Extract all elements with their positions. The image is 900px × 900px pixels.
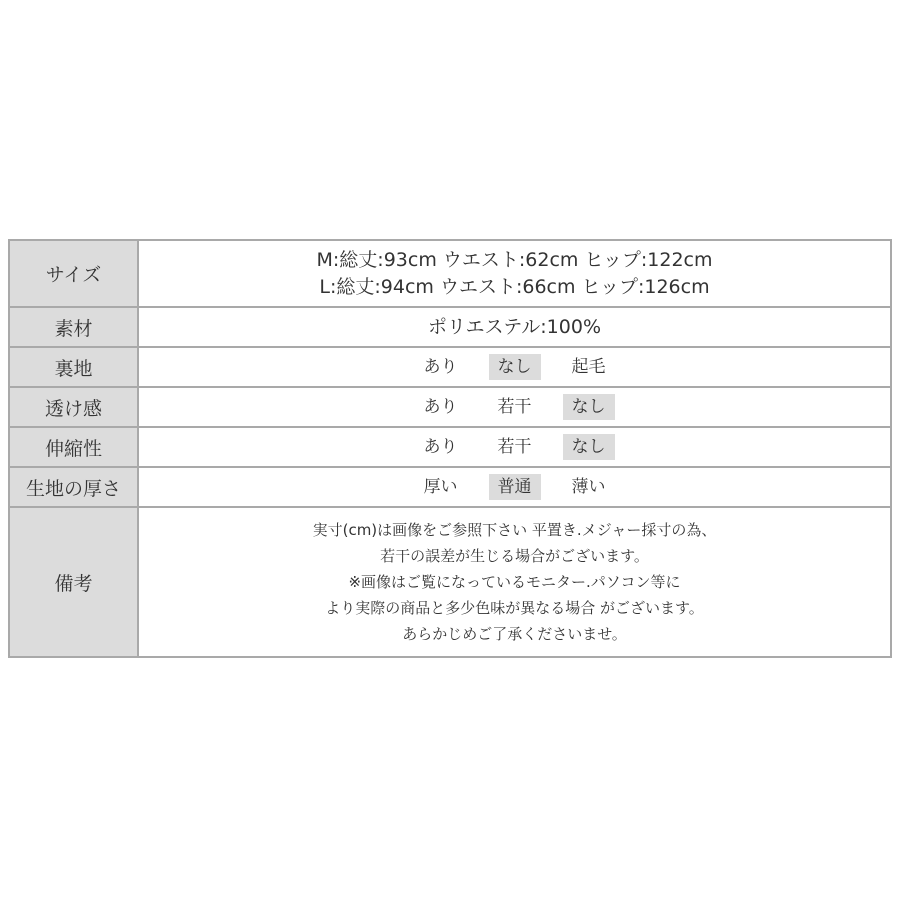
row-material: 素材 ポリエステル:100% [9, 307, 891, 347]
thickness-option-2: 普通 [489, 474, 541, 500]
note-line-3: ※画像はご覧になっているモニター.パソコン等に [139, 569, 890, 595]
lining-option-3: 起毛 [563, 354, 615, 380]
row-lining: 裏地 ありなし起毛 [9, 347, 891, 387]
stretch-option-2: 若干 [489, 434, 541, 460]
row-sheerness-label: 透け感 [9, 387, 138, 427]
thickness-option-3: 薄い [563, 474, 615, 500]
row-sheerness-value: あり若干なし [138, 387, 891, 427]
row-thickness: 生地の厚さ 厚い普通薄い [9, 467, 891, 507]
page-canvas: サイズ M:総丈:93cm ウエスト:62cm ヒップ:122cm L:総丈:9… [0, 0, 900, 900]
row-material-label: 素材 [9, 307, 138, 347]
note-line-1: 実寸(cm)は画像をご参照下さい 平置き.メジャー採寸の為、 [139, 517, 890, 543]
row-thickness-value: 厚い普通薄い [138, 467, 891, 507]
note-line-4: より実際の商品と多少色味が異なる場合 がございます。 [139, 595, 890, 621]
row-stretch: 伸縮性 あり若干なし [9, 427, 891, 467]
size-line-m: M:総丈:93cm ウエスト:62cm ヒップ:122cm [139, 247, 890, 274]
row-notes-label: 備考 [9, 507, 138, 657]
row-thickness-label: 生地の厚さ [9, 467, 138, 507]
lining-option-2: なし [489, 354, 541, 380]
row-stretch-label: 伸縮性 [9, 427, 138, 467]
lining-option-1: あり [415, 354, 467, 380]
sheerness-option-2: 若干 [489, 394, 541, 420]
row-size-label: サイズ [9, 240, 138, 307]
row-material-value: ポリエステル:100% [138, 307, 891, 347]
row-stretch-value: あり若干なし [138, 427, 891, 467]
note-line-2: 若干の誤差が生じる場合がございます。 [139, 543, 890, 569]
thickness-option-1: 厚い [415, 474, 467, 500]
row-lining-label: 裏地 [9, 347, 138, 387]
material-line: ポリエステル:100% [139, 314, 890, 341]
size-line-l: L:総丈:94cm ウエスト:66cm ヒップ:126cm [139, 274, 890, 301]
row-notes-value: 実寸(cm)は画像をご参照下さい 平置き.メジャー採寸の為、 若干の誤差が生じる… [138, 507, 891, 657]
row-size-value: M:総丈:93cm ウエスト:62cm ヒップ:122cm L:総丈:94cm … [138, 240, 891, 307]
sheerness-option-1: あり [415, 394, 467, 420]
product-spec-table: サイズ M:総丈:93cm ウエスト:62cm ヒップ:122cm L:総丈:9… [8, 239, 892, 658]
stretch-option-3: なし [563, 434, 615, 460]
note-line-5: あらかじめご了承くださいませ。 [139, 621, 890, 647]
row-sheerness: 透け感 あり若干なし [9, 387, 891, 427]
sheerness-option-3: なし [563, 394, 615, 420]
row-size: サイズ M:総丈:93cm ウエスト:62cm ヒップ:122cm L:総丈:9… [9, 240, 891, 307]
row-lining-value: ありなし起毛 [138, 347, 891, 387]
row-notes: 備考 実寸(cm)は画像をご参照下さい 平置き.メジャー採寸の為、 若干の誤差が… [9, 507, 891, 657]
stretch-option-1: あり [415, 434, 467, 460]
